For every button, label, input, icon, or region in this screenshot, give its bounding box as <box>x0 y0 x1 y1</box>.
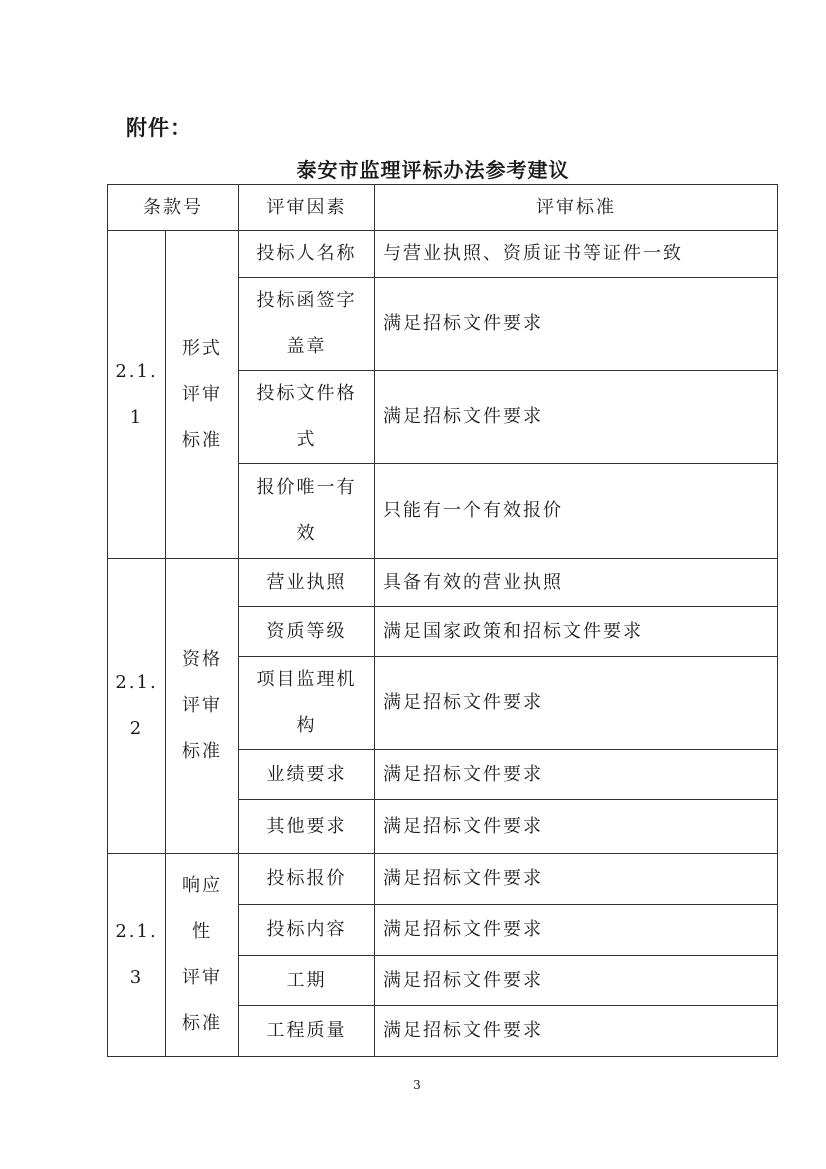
clause-number-cell: 2.1.2 <box>108 559 166 854</box>
review-factor-cell: 投标函签字盖章 <box>239 278 375 371</box>
review-factor-cell: 投标内容 <box>239 905 375 956</box>
review-factor-cell: 业绩要求 <box>239 750 375 800</box>
table-header-row: 条款号 评审因素 评审标准 <box>108 185 778 231</box>
review-standard-cell: 满足招标文件要求 <box>375 800 778 854</box>
review-factor-cell: 营业执照 <box>239 559 375 607</box>
review-standard-cell: 与营业执照、资质证书等证件一致 <box>375 231 778 278</box>
review-factor-cell: 项目监理机构 <box>239 657 375 750</box>
review-standard-cell: 满足招标文件要求 <box>375 657 778 750</box>
review-factor-cell: 投标报价 <box>239 854 375 905</box>
review-factor-cell: 资质等级 <box>239 607 375 657</box>
review-factor-cell: 工期 <box>239 956 375 1006</box>
review-factor-cell: 报价唯一有效 <box>239 464 375 559</box>
review-standard-cell: 满足招标文件要求 <box>375 278 778 371</box>
review-factor-cell: 投标人名称 <box>239 231 375 278</box>
category-cell: 响应性评审标准 <box>166 854 239 1057</box>
review-standard-cell: 满足招标文件要求 <box>375 905 778 956</box>
table-row: 2.1.2资格评审标准营业执照具备有效的营业执照 <box>108 559 778 607</box>
review-standard-cell: 具备有效的营业执照 <box>375 559 778 607</box>
attachment-label: 附件： <box>126 112 192 142</box>
review-standard-cell: 满足招标文件要求 <box>375 1006 778 1057</box>
review-standard-cell: 只能有一个有效报价 <box>375 464 778 559</box>
review-factor-cell: 其他要求 <box>239 800 375 854</box>
category-cell: 形式评审标准 <box>166 231 239 559</box>
header-review-standard: 评审标准 <box>375 185 778 231</box>
evaluation-criteria-table: 条款号 评审因素 评审标准 2.1.1形式评审标准投标人名称与营业执照、资质证书… <box>107 184 778 1057</box>
review-factor-cell: 投标文件格式 <box>239 371 375 464</box>
document-title: 泰安市监理评标办法参考建议 <box>0 154 826 183</box>
header-clause-number: 条款号 <box>108 185 239 231</box>
review-standard-cell: 满足招标文件要求 <box>375 956 778 1006</box>
review-standard-cell: 满足招标文件要求 <box>375 750 778 800</box>
review-standard-cell: 满足国家政策和招标文件要求 <box>375 607 778 657</box>
category-cell: 资格评审标准 <box>166 559 239 854</box>
table-row: 2.1.1形式评审标准投标人名称与营业执照、资质证书等证件一致 <box>108 231 778 278</box>
review-standard-cell: 满足招标文件要求 <box>375 371 778 464</box>
review-standard-cell: 满足招标文件要求 <box>375 854 778 905</box>
review-factor-cell: 工程质量 <box>239 1006 375 1057</box>
page-number: 3 <box>0 1078 826 1092</box>
clause-number-cell: 2.1.1 <box>108 231 166 559</box>
table-row: 2.1.3响应性评审标准投标报价满足招标文件要求 <box>108 854 778 905</box>
clause-number-cell: 2.1.3 <box>108 854 166 1057</box>
header-review-factor: 评审因素 <box>239 185 375 231</box>
